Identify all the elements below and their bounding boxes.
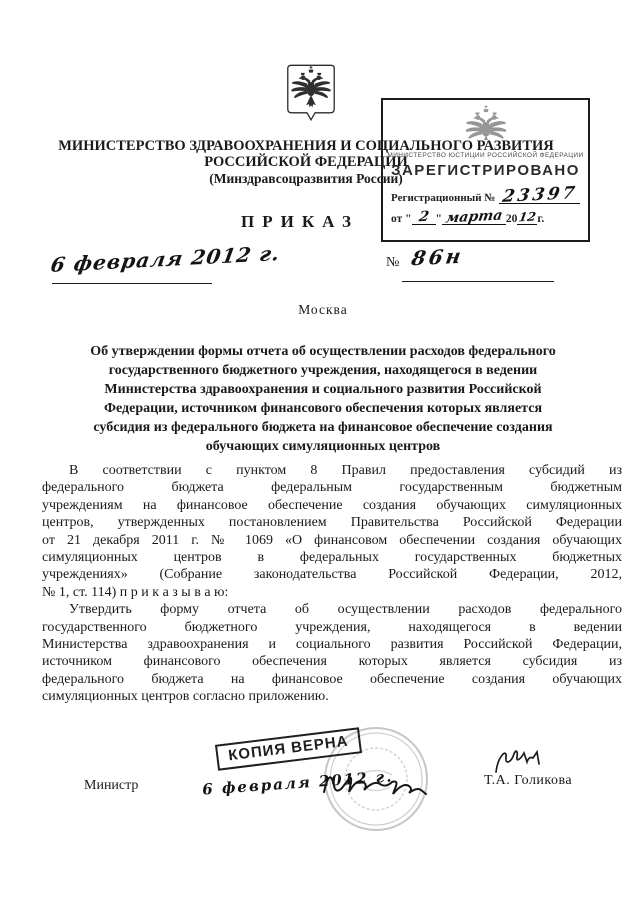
body-line: Утвердить форму отчета об осуществлении …	[42, 601, 622, 618]
body-line: государственного бюджетного учреждения, …	[42, 619, 622, 636]
registered-label: ЗАРЕГИСТРИРОВАНО	[383, 162, 588, 179]
russia-coat-of-arms-icon	[284, 63, 338, 127]
order-number-underline	[402, 281, 554, 282]
justice-ministry-emblem-icon	[466, 104, 506, 140]
title-line: Федерации, источником финансового обеспе…	[45, 399, 601, 418]
registration-number-line: 23397	[499, 188, 580, 204]
order-date-underline: 6 февраля 2012 г.	[52, 247, 212, 284]
title-line: государственного бюджетного учреждения, …	[45, 361, 601, 380]
order-number-label: №	[386, 255, 399, 271]
body-line: федерального бюджета федеральным государ…	[42, 479, 622, 496]
scanned-order-document: МИНИСТЕРСТВО ЗДРАВООХРАНЕНИЯ И СОЦИАЛЬНО…	[0, 0, 640, 905]
minister-signature-icon	[490, 746, 546, 776]
order-body: В соответствии с пунктом 8 Правил предос…	[42, 462, 622, 706]
title-line: субсидия из федерального бюджета на фина…	[45, 418, 601, 437]
title-line: обучающих симуляционных центров	[45, 437, 601, 456]
body-line: симуляционных центров согласно приложени…	[42, 688, 622, 705]
body-line: № 1, ст. 114) п р и к а з ы в а ю:	[42, 584, 622, 601]
city-label: Москва	[40, 302, 606, 318]
body-line: учреждениям на финансовое обеспечение со…	[42, 497, 622, 514]
certification-signature-scribble-icon	[320, 762, 450, 804]
body-line: учреждениях» (Собрание законодательства …	[42, 566, 622, 583]
body-line: источником финансового обеспечения котор…	[42, 653, 622, 670]
reg-date-month: марта	[445, 211, 503, 225]
order-number-handwritten: 86н	[410, 244, 466, 271]
body-line: Министерства здравоохранения и социально…	[42, 636, 622, 653]
registration-number-row: Регистрационный № 23397	[391, 188, 580, 204]
body-line: центров, утвержденных постановлением Пра…	[42, 514, 622, 531]
reg-date-day: 2	[418, 212, 430, 223]
body-line: от 21 декабря 2011 г. № 1069 «О финансов…	[42, 532, 622, 549]
body-line: симуляционных центров в федеральных госу…	[42, 549, 622, 566]
registration-date-row: от " 2 " марта 20 12 г.	[391, 212, 580, 225]
reg-date-month-line: марта	[442, 212, 506, 225]
reg-date-suffix: г.	[537, 213, 544, 225]
minister-label: Министр	[84, 778, 138, 794]
registration-number-value: 23397	[501, 186, 578, 204]
order-date-handwritten: 6 февраля 2012 г.	[49, 241, 282, 277]
title-line: Об утверждении формы отчета об осуществл…	[45, 342, 601, 361]
reg-date-day-line: 2	[412, 212, 436, 225]
body-line: федерального бюджета на финансовое обесп…	[42, 671, 622, 688]
registration-stamp: МИНИСТЕРСТВО ЮСТИЦИИ РОССИЙСКОЙ ФЕДЕРАЦИ…	[381, 98, 590, 242]
stamp-authority-name: МИНИСТЕРСТВО ЮСТИЦИИ РОССИЙСКОЙ ФЕДЕРАЦИ…	[383, 152, 588, 159]
registration-number-label: Регистрационный №	[391, 192, 495, 204]
body-line: В соответствии с пунктом 8 Правил предос…	[42, 462, 622, 479]
reg-date-year-written: 12	[518, 212, 536, 223]
order-title: Об утверждении формы отчета об осуществл…	[45, 342, 601, 456]
reg-date-year-line: 12	[517, 212, 537, 225]
reg-date-prefix: от "	[391, 213, 412, 225]
reg-date-year-printed: 20	[506, 213, 518, 225]
title-line: Министерства здравоохранения и социально…	[45, 380, 601, 399]
